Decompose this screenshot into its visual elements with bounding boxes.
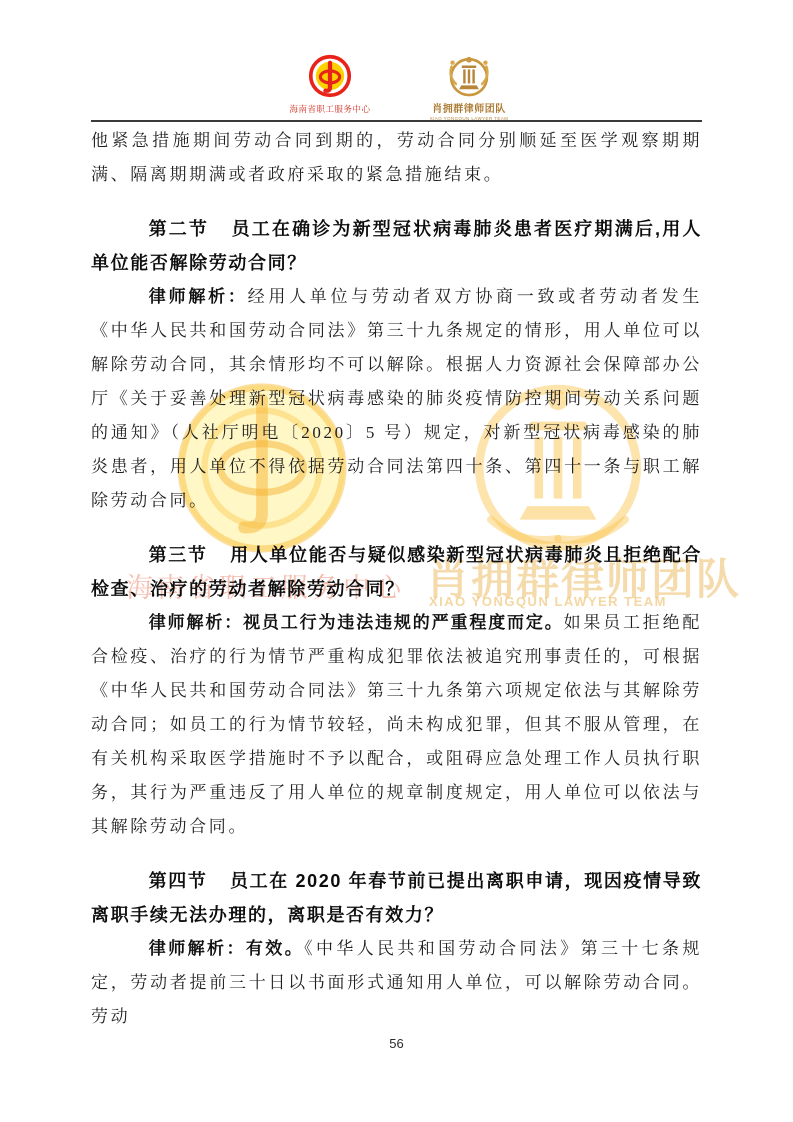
analysis-bold-lead: 有效。	[246, 939, 304, 958]
section-3-heading: 第三节用人单位能否与疑似感染新型冠状病毒肺炎且拒绝配合检查、治疗的劳动者解除劳动…	[91, 538, 702, 606]
lawyer-logo-caption: 肖拥群律师团队	[419, 104, 519, 115]
lawyer-logo-block: 肖拥群律师团队 XIAO YONGQUN LAWYER TEAM	[419, 52, 519, 121]
page-number: 56	[0, 1036, 793, 1051]
section-4: 第四节员工在 2020 年春节前已提出离职申请，现因疫情导致离职手续无法办理的，…	[91, 864, 702, 1034]
section-2: 第二节员工在确诊为新型冠状病毒肺炎患者医疗期满后,用人单位能否解除劳动合同？ 律…	[91, 212, 702, 518]
analysis-label: 律师解析：	[149, 287, 248, 306]
section-4-number: 第四节	[149, 871, 208, 891]
section-3: 第三节用人单位能否与疑似感染新型冠状病毒肺炎且拒绝配合检查、治疗的劳动者解除劳动…	[91, 538, 702, 844]
section-3-number: 第三节	[149, 545, 208, 565]
analysis-label: 律师解析：	[149, 613, 243, 632]
continuation-paragraph: 他紧急措施期间劳动合同到期的，劳动合同分别顺延至医学观察期期满、隔离期期满或者政…	[91, 124, 702, 192]
section-3-analysis: 律师解析：视员工行为违法违规的严重程度而定。如果员工拒绝配合检疫、治疗的行为情节…	[91, 606, 702, 844]
lawyer-team-logo-icon	[444, 52, 494, 98]
section-4-analysis: 律师解析：有效。《中华人民共和国劳动合同法》第三十七条规定，劳动者提前三十日以书…	[91, 932, 702, 1034]
section-2-heading: 第二节员工在确诊为新型冠状病毒肺炎患者医疗期满后,用人单位能否解除劳动合同？	[91, 212, 702, 280]
document-content: 他紧急措施期间劳动合同到期的，劳动合同分别顺延至医学观察期期满、隔离期期满或者政…	[91, 124, 702, 1034]
section-2-analysis: 律师解析：经用人单位与劳动者双方协商一致或者劳动者发生《中华人民共和国劳动合同法…	[91, 280, 702, 518]
section-2-number: 第二节	[149, 219, 210, 239]
analysis-label: 律师解析：	[149, 939, 246, 958]
header-divider	[91, 120, 702, 122]
document-page: 海南省职工服务中心 肖拥群律师团队 XIAO YONGQUN LAWYER TE…	[0, 0, 793, 1122]
analysis-text: 如果员工拒绝配合检疫、治疗的行为情节严重构成犯罪依法被追究刑事责任的，可根据《中…	[91, 613, 702, 836]
analysis-text: 经用人单位与劳动者双方协商一致或者劳动者发生《中华人民共和国劳动合同法》第三十九…	[91, 287, 702, 510]
union-logo-icon	[308, 54, 352, 98]
analysis-bold-lead: 视员工行为违法违规的严重程度而定。	[243, 613, 564, 632]
union-logo-block: 海南省职工服务中心	[282, 54, 378, 114]
union-logo-caption: 海南省职工服务中心	[282, 105, 378, 114]
section-4-heading: 第四节员工在 2020 年春节前已提出离职申请，现因疫情导致离职手续无法办理的，…	[91, 864, 702, 932]
